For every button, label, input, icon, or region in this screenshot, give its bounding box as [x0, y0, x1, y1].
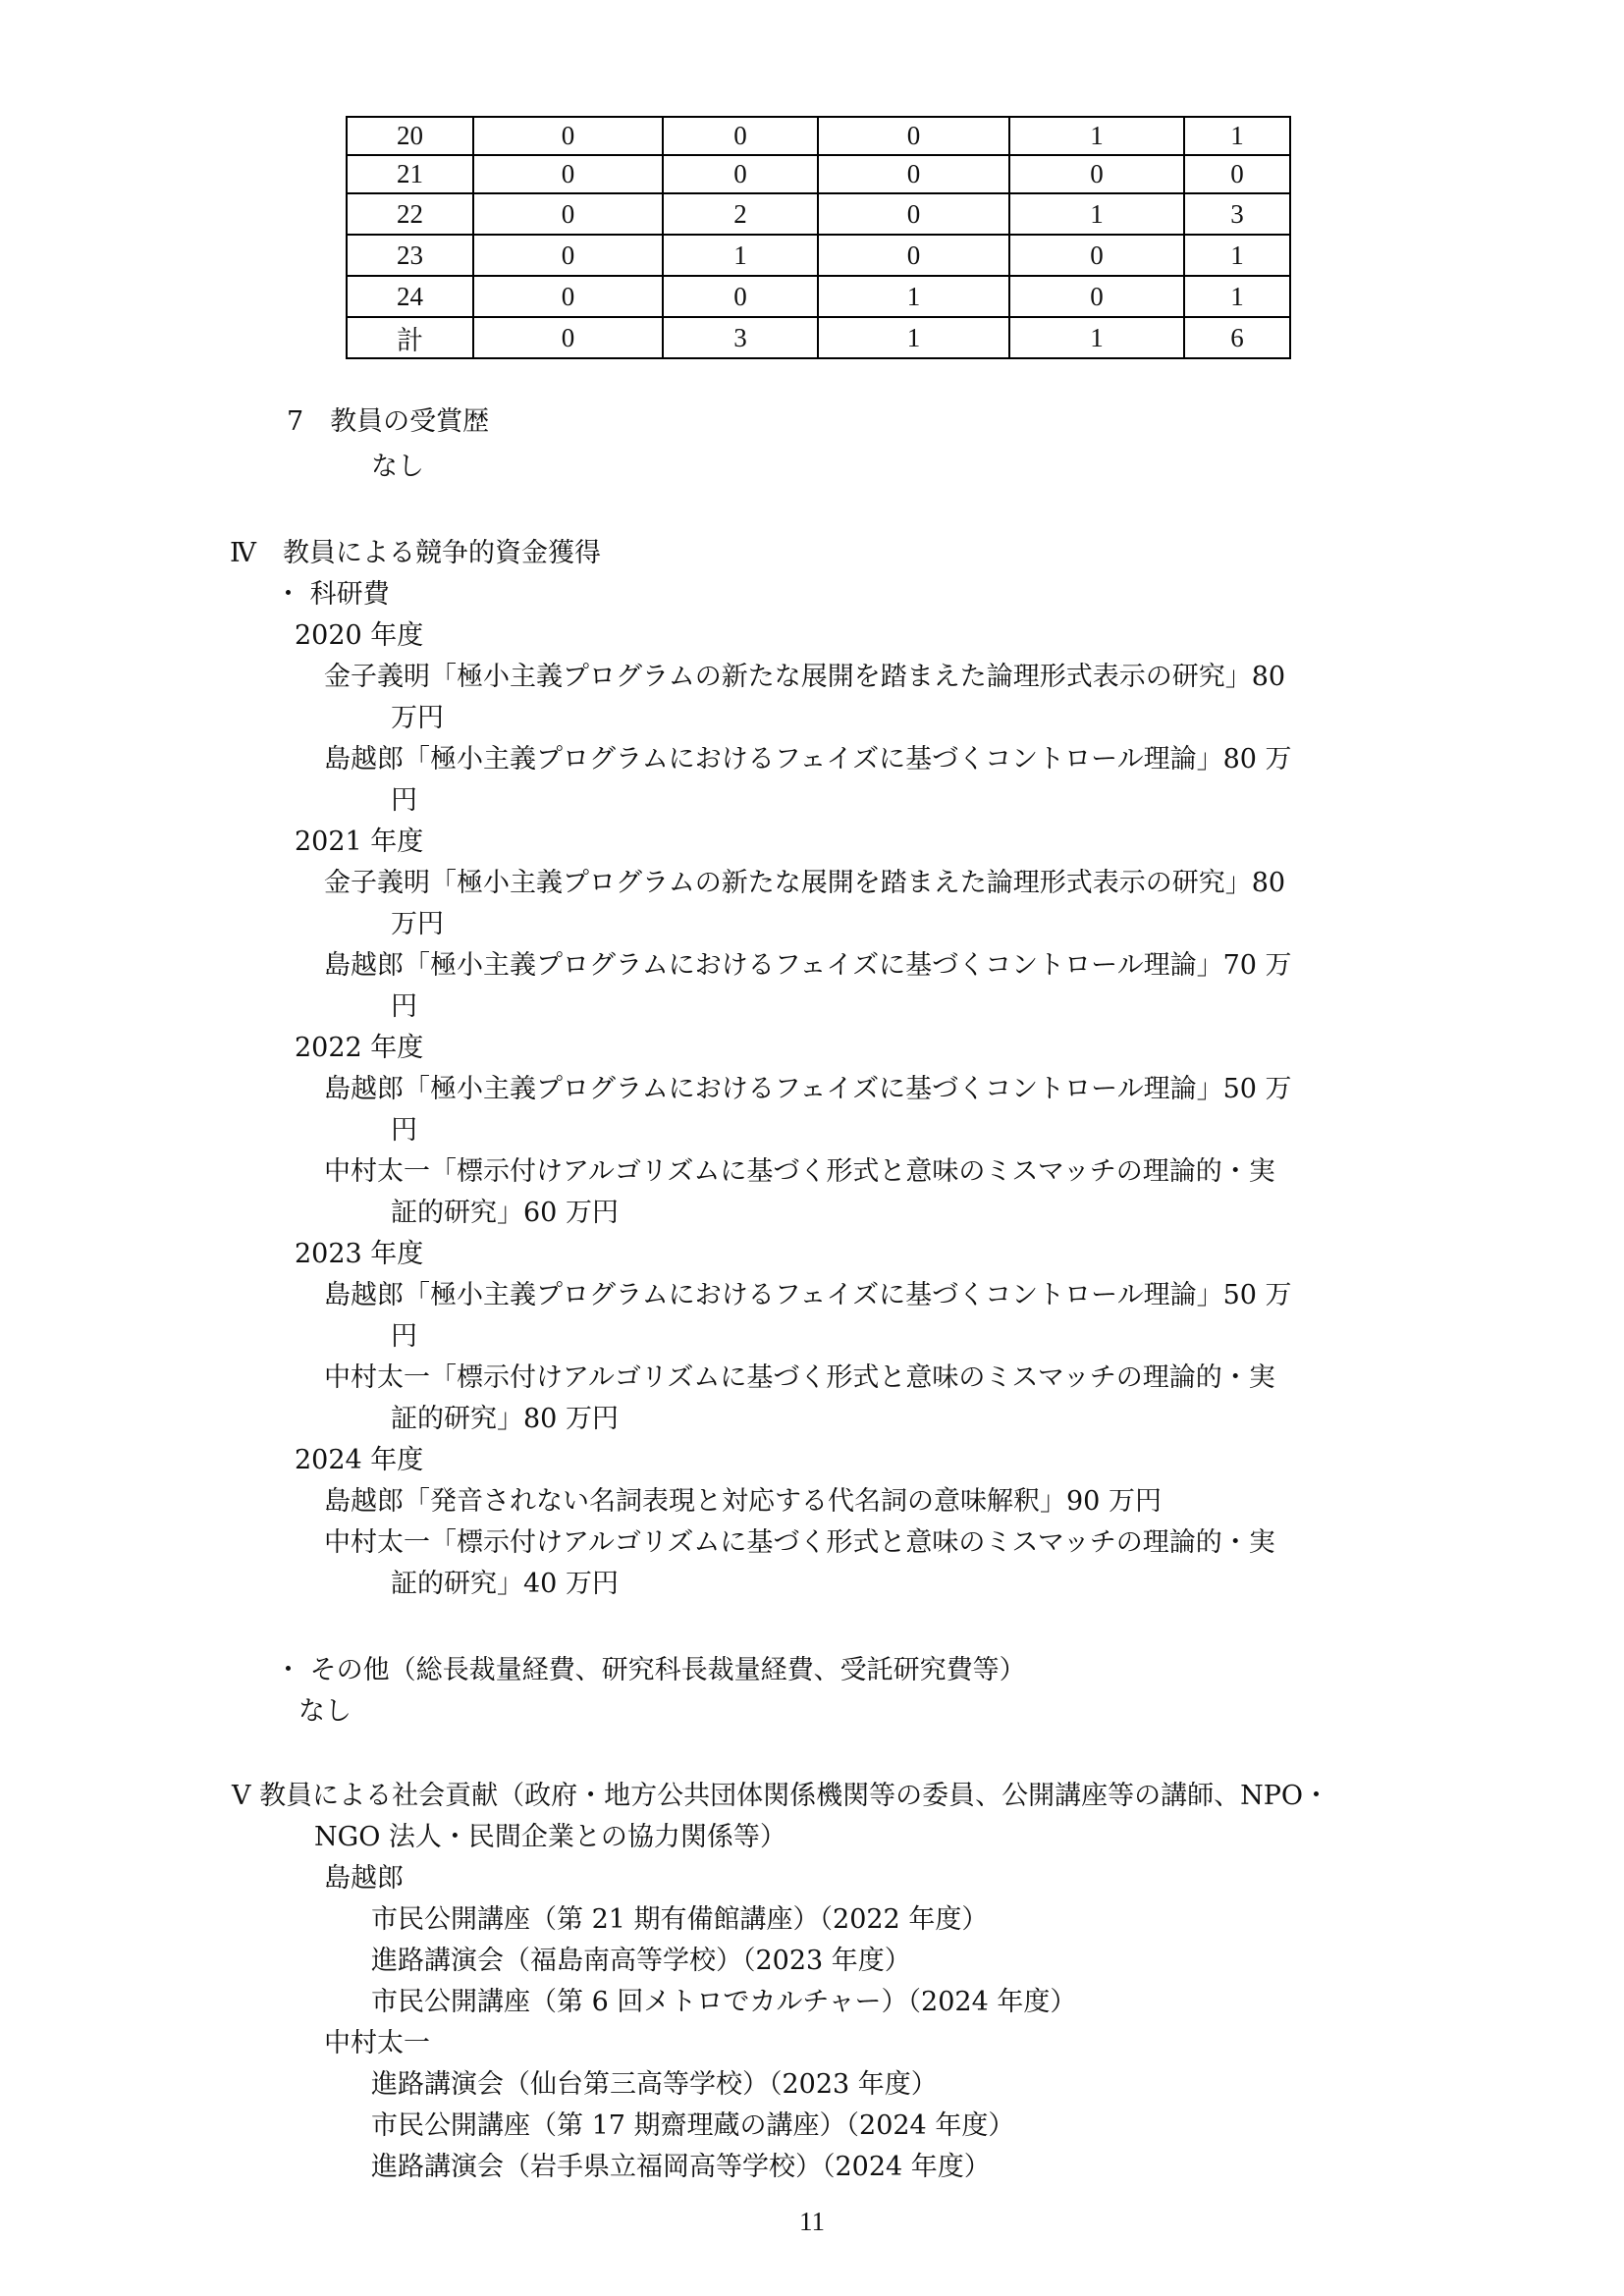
- cell: 0: [1009, 155, 1184, 193]
- grant-entry: 島越郎「極小主義プログラムにおけるフェイズに基づくコントロール理論」70 万: [324, 948, 1292, 984]
- activity-item: 進路講演会（岩手県立福岡高等学校）（2024 年度）: [371, 2150, 991, 2185]
- grant-entry-cont: 円: [391, 783, 417, 819]
- activity-item: 市民公開講座（第 17 期齋理蔵の講座）（2024 年度）: [371, 2109, 1014, 2144]
- cell: 0: [663, 155, 818, 193]
- cell: 0: [818, 193, 1009, 235]
- grant-entry: 中村太一「標示付けアルゴリズムに基づく形式と意味のミスマッチの理論的・実: [324, 1361, 1275, 1396]
- activity-item: 進路講演会（仙台第三高等学校）（2023 年度）: [371, 2067, 938, 2103]
- row-label: 計: [347, 317, 473, 358]
- year-2021: 2021 年度: [295, 825, 423, 860]
- cell: 0: [473, 117, 663, 155]
- cell: 0: [1009, 235, 1184, 276]
- page-number: 11: [0, 2207, 1624, 2237]
- section5-heading-cont: NGO 法人・民間企業との協力関係等）: [314, 1820, 786, 1855]
- count-table: 20 0 0 0 1 1 21 0 0 0 0 0 22 0 2 0 1 3 2…: [346, 116, 1291, 359]
- cell: 2: [663, 193, 818, 235]
- grant-entry-cont: 証的研究」80 万円: [391, 1402, 619, 1437]
- grant-entry-cont: 証的研究」40 万円: [391, 1567, 619, 1602]
- grant-entry: 島越郎「極小主義プログラムにおけるフェイズに基づくコントロール理論」50 万: [324, 1278, 1292, 1313]
- section4-heading: Ⅳ 教員による競争的資金獲得: [230, 536, 601, 571]
- section7-body: なし: [371, 450, 424, 485]
- cell: 0: [663, 276, 818, 317]
- table-row: 23 0 1 0 0 1: [347, 235, 1290, 276]
- table-row: 24 0 0 1 0 1: [347, 276, 1290, 317]
- cell: 1: [1184, 235, 1290, 276]
- year-2024: 2024 年度: [295, 1443, 423, 1478]
- grant-entry-cont: 万円: [391, 907, 444, 942]
- grant-entry-cont: 円: [391, 989, 417, 1025]
- grant-entry-cont: 円: [391, 1113, 417, 1148]
- cell: 1: [818, 276, 1009, 317]
- cell: 0: [818, 117, 1009, 155]
- other-funding-label: ・ その他（総長裁量経費、研究科長裁量経費、受託研究費等）: [275, 1653, 1026, 1688]
- row-label: 22: [347, 193, 473, 235]
- grant-entry: 中村太一「標示付けアルゴリズムに基づく形式と意味のミスマッチの理論的・実: [324, 1154, 1275, 1190]
- cell: 1: [1009, 117, 1184, 155]
- table-row-total: 計 0 3 1 1 6: [347, 317, 1290, 358]
- cell: 0: [473, 276, 663, 317]
- grant-entry-cont: 万円: [391, 701, 444, 736]
- person-name: 中村太一: [324, 2026, 430, 2061]
- grant-entry: 島越郎「極小主義プログラムにおけるフェイズに基づくコントロール理論」80 万: [324, 742, 1292, 777]
- cell: 0: [818, 235, 1009, 276]
- activity-item: 市民公開講座（第 6 回メトロでカルチャー）（2024 年度）: [371, 1985, 1076, 2020]
- year-2023: 2023 年度: [295, 1237, 423, 1272]
- cell: 1: [1009, 317, 1184, 358]
- cell: 1: [1184, 117, 1290, 155]
- cell: 1: [663, 235, 818, 276]
- grant-entry-cont: 証的研究」60 万円: [391, 1196, 619, 1231]
- cell: 0: [1009, 276, 1184, 317]
- cell: 0: [473, 193, 663, 235]
- cell: 1: [1009, 193, 1184, 235]
- cell: 3: [1184, 193, 1290, 235]
- table-row: 21 0 0 0 0 0: [347, 155, 1290, 193]
- cell: 0: [818, 155, 1009, 193]
- row-label: 20: [347, 117, 473, 155]
- activity-item: 進路講演会（福島南高等学校）（2023 年度）: [371, 1944, 911, 1979]
- table-row: 22 0 2 0 1 3: [347, 193, 1290, 235]
- cell: 0: [473, 317, 663, 358]
- table-row: 20 0 0 0 1 1: [347, 117, 1290, 155]
- grant-entry-cont: 円: [391, 1319, 417, 1355]
- section7-heading: 7 教員の受賞歴: [287, 404, 489, 440]
- cell: 0: [473, 235, 663, 276]
- year-2022: 2022 年度: [295, 1031, 423, 1066]
- row-label: 21: [347, 155, 473, 193]
- cell: 3: [663, 317, 818, 358]
- row-label: 23: [347, 235, 473, 276]
- cell: 0: [1184, 155, 1290, 193]
- grant-entry: 中村太一「標示付けアルゴリズムに基づく形式と意味のミスマッチの理論的・実: [324, 1525, 1275, 1561]
- row-label: 24: [347, 276, 473, 317]
- grant-entry: 島越郎「発音されない名詞表現と対応する代名詞の意味解釈」90 万円: [324, 1484, 1162, 1520]
- section5-heading: Ⅴ 教員による社会貢献（政府・地方公共団体関係機関等の委員、公開講座等の講師、N…: [232, 1779, 1329, 1814]
- cell: 1: [818, 317, 1009, 358]
- cell: 0: [663, 117, 818, 155]
- cell: 0: [473, 155, 663, 193]
- grant-entry: 島越郎「極小主義プログラムにおけるフェイズに基づくコントロール理論」50 万: [324, 1072, 1292, 1107]
- grant-entry: 金子義明「極小主義プログラムの新たな展開を踏まえた論理形式表示の研究」80: [324, 866, 1285, 901]
- year-2020: 2020 年度: [295, 618, 423, 654]
- other-funding-body: なし: [298, 1694, 352, 1730]
- activity-item: 市民公開講座（第 21 期有備館講座）（2022 年度）: [371, 1902, 988, 1938]
- kaken-label: ・ 科研費: [275, 577, 390, 613]
- cell: 6: [1184, 317, 1290, 358]
- grant-entry: 金子義明「極小主義プログラムの新たな展開を踏まえた論理形式表示の研究」80: [324, 660, 1285, 695]
- cell: 1: [1184, 276, 1290, 317]
- person-name: 島越郎: [324, 1861, 404, 1896]
